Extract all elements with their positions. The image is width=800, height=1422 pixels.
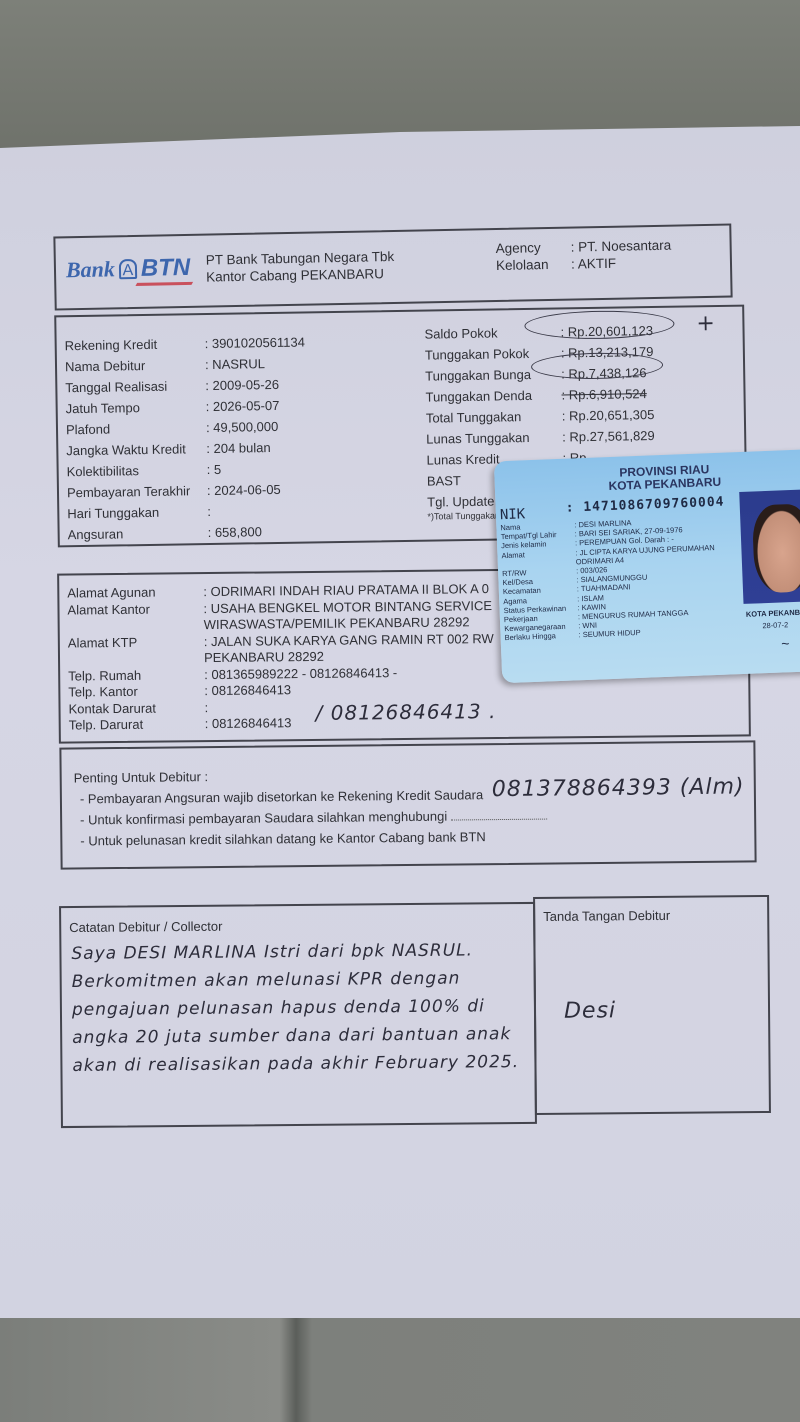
field-value: : Rp.27,561,829 — [562, 425, 655, 447]
agency-values: : PT. Noesantara : AKTIF — [570, 237, 671, 273]
field-label: Plafond — [66, 417, 206, 440]
field-label: Nama Debitur — [65, 354, 205, 377]
field-value: : 2026-05-07 — [206, 395, 280, 417]
field-value: : 5 — [206, 459, 221, 480]
dotted-line — [451, 819, 547, 821]
field-label: Angsuran — [68, 522, 208, 545]
field-label: Rekening Kredit — [65, 333, 205, 356]
field-label: Tanggal Realisasi — [65, 375, 205, 398]
field-value: PEKANBARU 28292 — [204, 649, 324, 667]
field-value: : 08126846413 — [205, 715, 292, 732]
field-label: Alamat Agunan — [67, 584, 203, 602]
logo-brand: BTN — [141, 254, 191, 283]
field-value: : 081365989222 - 08126846413 - — [204, 665, 397, 684]
id-signature: ~ — [781, 635, 790, 651]
field-label: Jangka Waktu Kredit — [66, 438, 206, 461]
nik-label: NIK — [500, 506, 526, 523]
handwritten-phone: / 08126846413 . — [315, 699, 496, 725]
important-list: Penting Untuk Debitur : - Pembayaran Ang… — [74, 763, 548, 852]
field-value: : 2024-06-05 — [207, 479, 281, 501]
handwritten-contact: 081378864393 (Alm) — [492, 774, 745, 802]
field-label: Tunggakan Denda — [425, 384, 561, 407]
field-label: Telp. Darurat — [69, 716, 205, 734]
kelolaan-value: : AKTIF — [571, 254, 672, 273]
agency-labels: Agency Kelolaan — [496, 239, 549, 274]
agency-label: Agency — [496, 239, 549, 257]
field-label — [68, 617, 204, 635]
field-value: : 3901020561134 — [205, 332, 306, 355]
logo-word: Bank — [66, 256, 115, 283]
field-label: Hari Tunggakan — [67, 501, 207, 524]
kelolaan-label: Kelolaan — [496, 256, 549, 274]
footnote: *)Total Tunggakan — [427, 510, 500, 521]
important-item-text: - Untuk konfirmasi pembayaran Saudara si… — [80, 809, 447, 828]
nik-value: : 1471086709760004 — [565, 495, 724, 516]
id-card-header: PROVINSI RIAU KOTA PEKANBARU — [604, 463, 725, 494]
field-value: : 2009-05-26 — [205, 374, 279, 396]
field-label: Total Tunggakan — [426, 405, 562, 428]
branch-name: Kantor Cabang PEKANBARU — [206, 265, 395, 286]
field-row: Lunas Tunggakan: Rp.27,561,829 — [426, 425, 655, 450]
field-row: Angsuran: 658,800 — [68, 520, 309, 545]
field-value: : NASRUL — [205, 353, 265, 375]
field-value: : JALAN SUKA KARYA GANG RAMIN RT 002 RW — [204, 631, 494, 651]
issue-city: KOTA PEKANBARU — [746, 607, 800, 619]
field-row: Jangka Waktu Kredit: 204 bulan — [66, 436, 307, 461]
id-card: PROVINSI RIAU KOTA PEKANBARU NIK : 14710… — [494, 449, 800, 684]
field-label: Kontak Darurat — [68, 700, 204, 718]
field-value: : 658,800 — [207, 521, 262, 543]
field-label: Berlaku Hingga — [504, 631, 578, 643]
field-value: : 204 bulan — [206, 437, 271, 459]
btn-logo: Bank A BTN — [66, 254, 191, 284]
field-label: Kolektibilitas — [67, 459, 207, 482]
house-icon: A — [119, 259, 137, 279]
field-row: Pembayaran Terakhir: 2024-06-05 — [67, 478, 308, 503]
handwritten-mark: + — [696, 311, 716, 336]
field-value: : 49,500,000 — [206, 416, 279, 438]
credit-details-left: Rekening Kredit: 3901020561134Nama Debit… — [65, 332, 309, 546]
field-label — [68, 650, 204, 668]
field-label: Lunas Tunggakan — [426, 426, 562, 449]
notes-panel: Catatan Debitur / Collector Saya DESI MA… — [59, 902, 537, 1128]
issue-date: 28-07-2 — [762, 620, 788, 630]
field-label: Telp. Rumah — [68, 667, 204, 685]
field-value: : — [207, 501, 211, 522]
id-city: KOTA PEKANBARU — [605, 476, 725, 494]
bank-header: Bank A BTN PT Bank Tabungan Negara Tbk K… — [53, 223, 732, 310]
field-label: Pembayaran Terakhir — [67, 480, 207, 503]
field-value: : SEUMUR HIDUP — [578, 628, 640, 640]
signature-mark: Desi — [564, 998, 616, 1023]
background-surface-bottom — [0, 1310, 800, 1422]
field-row: Rekening Kredit: 3901020561134 — [65, 332, 306, 357]
id-card-fields: Nama: DESI MARLINATempat/Tgl Lahir: BARI… — [500, 515, 718, 643]
field-label: Telp. Kantor — [68, 683, 204, 701]
logo-underline — [135, 282, 193, 286]
field-label: Jatuh Tempo — [66, 396, 206, 419]
field-value: : Rp.6,910,524 — [561, 383, 647, 405]
face-image — [752, 503, 800, 593]
field-value: : Rp.20,651,305 — [562, 404, 655, 426]
field-value: : 08126846413 — [204, 682, 291, 699]
important-item: - Untuk pelunasan kredit silahkan datang… — [74, 826, 547, 852]
field-value: : — [204, 700, 208, 717]
field-label: Alamat KTP — [68, 634, 204, 652]
signature-panel: Tanda Tangan Debitur Desi — [533, 895, 771, 1115]
important-panel: Penting Untuk Debitur : - Pembayaran Ang… — [59, 740, 756, 869]
field-label: Alamat Kantor — [67, 601, 203, 619]
agency-value: : PT. Noesantara — [570, 237, 671, 256]
id-photo — [739, 489, 800, 604]
signature-title: Tanda Tangan Debitur — [543, 908, 670, 924]
notes-title: Catatan Debitur / Collector — [69, 919, 222, 935]
bank-name: PT Bank Tabungan Negara Tbk Kantor Caban… — [206, 248, 395, 286]
handwritten-notes: Saya DESI MARLINA Istri dari bpk NASRUL.… — [71, 936, 532, 1080]
